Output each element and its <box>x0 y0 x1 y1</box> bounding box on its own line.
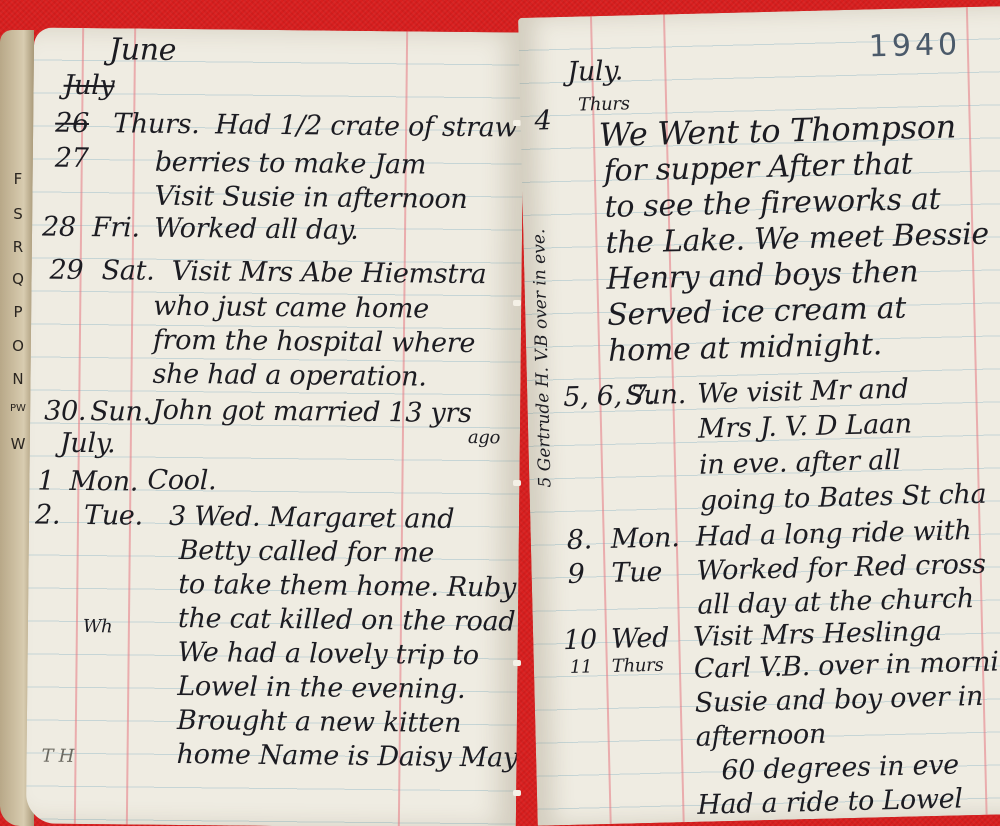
entry-date: 1 <box>37 466 54 497</box>
year-label: 1940 <box>868 27 961 64</box>
entry-line: Visit Susie in afternoon <box>154 181 467 215</box>
entry-date: 4 <box>534 105 552 136</box>
entry-line: We had a lovely trip to <box>177 637 479 671</box>
entry-line: the cat killed on the road <box>178 603 516 638</box>
entry-date: 27 <box>55 143 89 174</box>
month-heading-june: June <box>109 32 177 68</box>
entry-line: Visit Mrs Abe Hiemstra <box>171 256 486 290</box>
entry-line: to take them home. Ruby <box>178 569 516 604</box>
index-tab-f[interactable]: F <box>8 170 28 188</box>
month-heading-july: July. <box>567 55 623 87</box>
left-page: June July 26 Thurs. Had 1/2 crate of str… <box>26 27 524 826</box>
index-tab-p[interactable]: P <box>8 303 28 321</box>
entry-line: We visit Mr and <box>697 374 909 410</box>
entry-day: Mon. <box>69 466 138 498</box>
index-tab-w[interactable]: W <box>8 435 28 453</box>
entry-date: 30. <box>44 396 86 427</box>
month-heading-july: July. <box>60 428 116 460</box>
right-page: 1940 July. 4 Thurs We Went to Thompson f… <box>518 6 1000 826</box>
index-tab-n[interactable]: N <box>8 370 28 388</box>
entry-day: Thurs <box>612 655 664 677</box>
entry-day: Sat. <box>101 255 154 287</box>
entry-line: home Name is Daisy May <box>176 739 518 774</box>
entry-day: Sun. <box>625 379 686 411</box>
entry-line: from the hospital where <box>153 325 476 359</box>
struck-heading: July <box>63 70 114 102</box>
index-tab-q[interactable]: Q <box>8 270 28 288</box>
entry-line: Had a ride to Lowel <box>697 783 963 820</box>
entry-line: Worked for Red cross <box>696 549 986 587</box>
entry-note: ago <box>468 427 500 448</box>
entry-line: Had 1/2 crate of straw <box>215 109 517 143</box>
vertical-margin-note: 5 Gertrude H. V.B over in eve. <box>529 228 555 487</box>
index-tab-o[interactable]: O <box>8 337 28 355</box>
entry-day: Wed <box>611 622 670 654</box>
entry-day: Thurs. <box>113 108 200 140</box>
index-tab-r[interactable]: R <box>8 238 28 256</box>
entry-line: Visit Mrs Heslinga <box>693 616 942 653</box>
index-tab-s[interactable]: S <box>8 205 28 223</box>
entry-line: she had a operation. <box>152 359 426 393</box>
entry-line: going to Bates St cha <box>699 479 986 517</box>
entry-date: 28 <box>42 212 76 243</box>
entry-day: Mon. <box>610 522 679 555</box>
entry-line: Brought a new kitten <box>177 705 462 739</box>
entry-line: in eve. after all <box>699 445 901 481</box>
entry-day: Fri. <box>92 212 140 243</box>
entry-line: Served ice cream at <box>607 291 907 333</box>
entry-day: Tue. <box>84 500 143 532</box>
entry-date: 8. <box>566 524 592 556</box>
entry-line: Susie and boy over in <box>694 681 983 719</box>
entry-date: 11 <box>570 656 593 678</box>
entry-line: Betty called for me <box>179 535 435 569</box>
entry-date: 2. <box>35 499 60 530</box>
entry-line: who just came home <box>153 291 429 325</box>
side-note: Wh <box>83 616 113 637</box>
entry-date: 9 <box>567 559 585 590</box>
entry-line: 60 degrees in eve <box>721 749 959 786</box>
index-tab-pw[interactable]: PW <box>8 403 28 414</box>
entry-line: home at midnight. <box>608 327 883 369</box>
entry-line: Mrs J. V. D Laan <box>698 409 912 445</box>
entry-date: 29 <box>49 255 83 286</box>
entry-line: 3 Wed. Margaret and <box>169 501 454 535</box>
entry-day: Sun. <box>90 396 151 428</box>
entry-line: berries to make Jam <box>155 147 427 181</box>
entry-day: Tue <box>611 557 662 589</box>
struck-date: 26 <box>55 108 89 139</box>
faint-marks: T H <box>41 746 74 767</box>
diary-book: F S R Q P O N PW W June July 26 Thurs. H… <box>0 0 1000 826</box>
entry-date: 10 <box>563 624 598 656</box>
entry-day: Thurs <box>578 93 630 115</box>
entry-line: Worked all day. <box>154 213 359 246</box>
entry-line: Cool. <box>147 465 216 497</box>
entry-line: Had a long ride with <box>695 515 971 553</box>
entry-line: afternoon <box>695 719 826 753</box>
entry-line: John got married 13 yrs <box>152 395 472 429</box>
entry-line: Lowel in the evening. <box>177 671 465 705</box>
